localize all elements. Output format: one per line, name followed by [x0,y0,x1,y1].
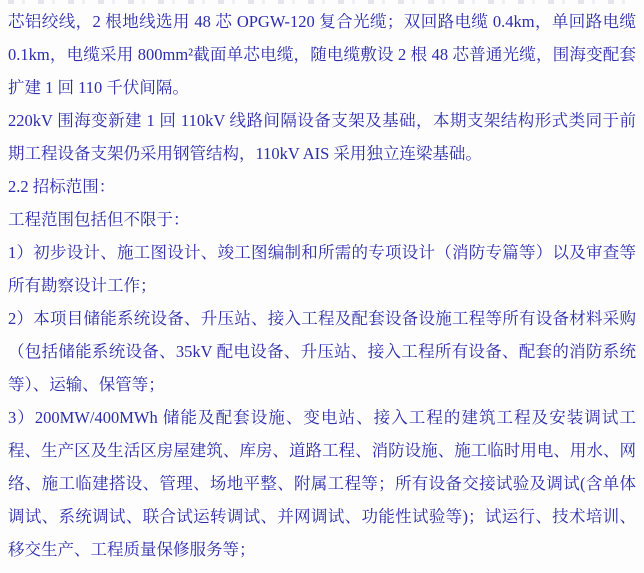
list-item-3-construction-commissioning: 3）200MW/400MWh 储能及配套设施、变电站、接入工程的建筑工程及安装调… [8,401,636,566]
paragraph-cable-continuation: 芯铝绞线，2 根地线选用 48 芯 OPGW-120 复合光缆；双回路电缆 0.… [8,5,636,104]
section-heading-bid-scope: 2.2 招标范围： [8,170,636,203]
list-item-1-design-work: 1）初步设计、施工图设计、竣工图编制和所需的专项设计（消防专篇等）以及审查等所有… [8,236,636,302]
paragraph-substation-bay: 220kV 围海变新建 1 回 110kV 线路间隔设备支架及基础，本期支架结构… [8,104,636,170]
document-body: 芯铝绞线，2 根地线选用 48 芯 OPGW-120 复合光缆；双回路电缆 0.… [0,5,644,566]
cropped-text-remnant [8,0,636,4]
list-item-2-equipment-procurement: 2）本项目储能系统设备、升压站、接入工程及配套设备设施工程等所有设备材料采购（包… [8,302,636,401]
paragraph-scope-intro: 工程范围包括但不限于： [8,203,636,236]
document-page: 芯铝绞线，2 根地线选用 48 芯 OPGW-120 复合光缆；双回路电缆 0.… [0,0,644,573]
